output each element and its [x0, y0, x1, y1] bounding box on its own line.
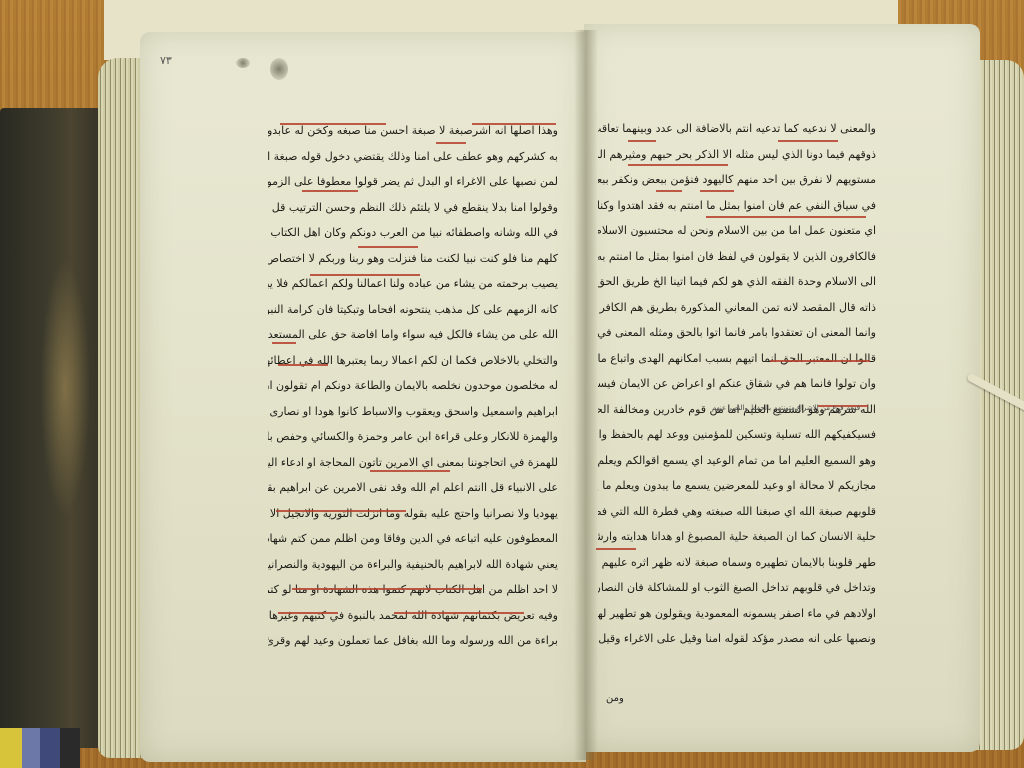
- folio-number: ٧٣: [160, 54, 172, 67]
- manuscript-line: يعني شهادة الله لابراهيم بالحنيفية والبر…: [268, 552, 558, 578]
- manuscript-line: كلهم منا فلو كنت نبيا لكنت منا فنزلت وهو…: [268, 246, 558, 272]
- rubric-line: [770, 360, 870, 362]
- rubric-line: [706, 216, 866, 218]
- manuscript-line: وهو السميع العليم اما من تمام الوعيد اي …: [598, 448, 876, 474]
- manuscript-line: مستويهم لا نفرق بين احد منهم كاليهود فنؤ…: [598, 167, 876, 193]
- manuscript-line: قلوبهم صبغة الله اي صبغنا الله صبغته وهي…: [598, 499, 876, 525]
- rubric-line: [628, 140, 656, 142]
- marginal-note: قسم فرغ من الاشراع متونتهم بالحفظ والنصر…: [712, 404, 860, 412]
- rubric-line: [280, 123, 386, 125]
- manuscript-line: الله على من يشاء فالكل فيه سواء واما افا…: [268, 322, 558, 348]
- rubric-line: [292, 588, 482, 590]
- manuscript-line: به كشركهم وهو عطف على امنا وذلك يقتضي دخ…: [268, 144, 558, 170]
- manuscript-line: ابراهيم واسمعيل واسحق ويعقوب والاسباط كا…: [268, 399, 558, 425]
- rubric-line: [394, 612, 524, 614]
- manuscript-line: اولادهم في ماء اصفر يسمونه المعمودية ويق…: [598, 601, 876, 627]
- manuscript-line: ونصبها على انه مصدر مؤكد لقوله امنا وقيل…: [598, 626, 876, 652]
- rubric-line: [656, 190, 682, 192]
- left-text-block: وهذا اصلها انه اشرصبغة لا صبغة احسن منا …: [268, 118, 558, 654]
- manuscript-line: ذاته قال المقصد لانه تمن المعاني المذكور…: [598, 295, 876, 321]
- manuscript-line: مجازيكم لا محالة او وعيد للمعرضين يسمع م…: [598, 473, 876, 499]
- rubric-line: [700, 190, 734, 192]
- manuscript-line: له مخلصون موحدون نخلصه بالايمان والطاعة …: [268, 373, 558, 399]
- rubric-line: [278, 364, 328, 366]
- rubric-line: [310, 274, 420, 276]
- manuscript-line: وان تولوا فانما هم في شقاق عنكم او اعراض…: [598, 371, 876, 397]
- manuscript-line: على الانبياء قل اانتم اعلم ام الله وقد ن…: [268, 475, 558, 501]
- manuscript-line: والهمزة للانكار وعلى قراءة ابن عامر وحمز…: [268, 424, 558, 450]
- manuscript-line: المعطوفون عليه اتباعه في الدين وفاقا ومن…: [268, 526, 558, 552]
- rubric-line: [628, 164, 728, 166]
- manuscript-line: وقولوا امنا بدلا ينقطع في لا يلتئم ذلك ا…: [268, 195, 558, 221]
- manuscript-line: في الله وشانه واصطفائه نبيا من العرب دون…: [268, 220, 558, 246]
- rubric-line: [276, 510, 406, 512]
- rubric-line: [278, 612, 338, 614]
- manuscript-line: فالكافرون الذين لا يقولون في لفظ فان امن…: [598, 244, 876, 270]
- manuscript-line: والتخلي بالاخلاص فكما ان لكم اعمالا ربما…: [268, 348, 558, 374]
- rubric-line: [358, 246, 418, 248]
- manuscript-line: كانه الزمهم على كل مذهب ينتحونه افحاما و…: [268, 297, 558, 323]
- manuscript-line: والمعنى لا ندعيه كما تدعيه انتم بالاضافة…: [598, 116, 876, 142]
- rubric-line: [436, 142, 466, 144]
- manuscript-line: فسيكفيكهم الله تسلية وتسكين للمؤمنين ووع…: [598, 422, 876, 448]
- manuscript-line: الى الاسلام وحدة الفقه الذي هو لكم فيما …: [598, 269, 876, 295]
- manuscript-line: وتداخل في قلوبهم تداخل الصبغ الثوب او لل…: [598, 575, 876, 601]
- manuscript-line: يهوديا ولا نصرانيا واحتج عليه بقوله وما …: [268, 501, 558, 527]
- right-text-block: والمعنى لا ندعيه كما تدعيه انتم بالاضافة…: [598, 116, 876, 652]
- rubric-line: [370, 470, 450, 472]
- manuscript-line: وهذا اصلها انه اشرصبغة لا صبغة احسن منا …: [268, 118, 558, 144]
- ink-stain: [236, 58, 250, 68]
- manuscript-line: قالوا ان المعتبر الحق انما اتيهم بسبب ام…: [598, 346, 876, 372]
- rubric-line: [472, 123, 556, 125]
- manuscript-line: وانما المعنى ان تعتقدوا بامر فانما اتوا …: [598, 320, 876, 346]
- manuscript-line: في سياق النفي عم فان امنوا بمثل ما امنتم…: [598, 193, 876, 219]
- manuscript-line: براءة من الله ورسوله وما الله بغافل عما …: [268, 628, 558, 654]
- manuscript-line: طهر قلوبنا بالايمان تطهيره وسماه صبغة لا…: [598, 550, 876, 576]
- ink-stain: [270, 58, 288, 80]
- rubric-line: [596, 548, 636, 550]
- book-spines: [0, 728, 80, 768]
- catchword: ومن: [606, 693, 624, 704]
- gutter: [574, 30, 598, 760]
- rubric-line: [272, 342, 296, 344]
- rubric-line: [778, 140, 838, 142]
- manuscript-line: اي متعنون عمل اما من بين الاسلام ونحن له…: [598, 218, 876, 244]
- manuscript-line: وفيه تعريض بكتمانهم شهادة الله لمحمد بال…: [268, 603, 558, 629]
- manuscript-line: حلية الانسان كما ان الصبغة حلية المصبوغ …: [598, 524, 876, 550]
- rubric-line: [302, 190, 358, 192]
